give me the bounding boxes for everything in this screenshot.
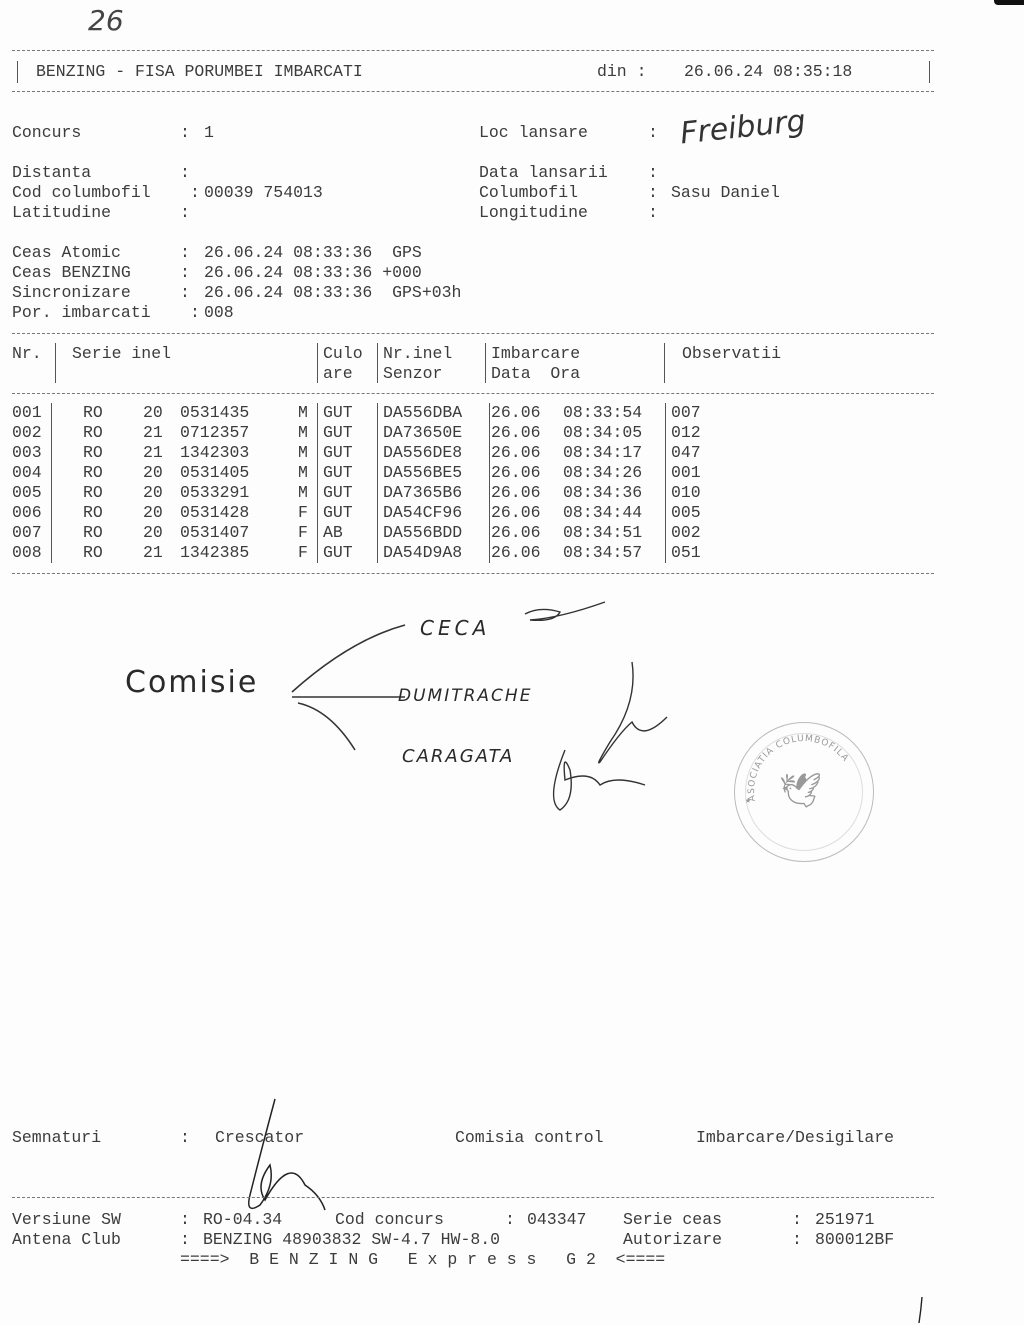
- cell-an: 21: [143, 443, 163, 463]
- longitudine-label: Longitudine: [479, 203, 588, 223]
- cell-nr: 001: [12, 403, 42, 423]
- cell-senzor: DA54CF96: [383, 503, 462, 523]
- cell-culoare: GUT: [323, 403, 353, 423]
- cod-concurs-colon: :: [505, 1210, 515, 1230]
- cell-culoare: GUT: [323, 443, 353, 463]
- body-sep-4: [489, 403, 490, 563]
- header-din-value: 26.06.24 08:35:18: [684, 62, 852, 82]
- ceas-atomic-value: 26.06.24 08:33:36 GPS: [204, 243, 422, 263]
- cell-sex: M: [298, 443, 308, 463]
- cell-ora: 08:34:36: [563, 483, 642, 503]
- concurs-colon: :: [180, 123, 190, 143]
- cell-an: 20: [143, 523, 163, 543]
- commission-member-1: CECA: [420, 616, 490, 640]
- columbofil-value: Sasu Daniel: [671, 183, 780, 203]
- commission-member-3: CARAGATA: [402, 746, 514, 767]
- col-header-culoare-1: Culo: [323, 344, 363, 364]
- cell-tara: RO: [83, 543, 103, 563]
- semnaturi-label: Semnaturi: [12, 1128, 101, 1148]
- cod-columbofil-label: Cod columbofil: [12, 183, 151, 203]
- header-sep-1: [55, 343, 56, 383]
- cell-senzor: DA556DE8: [383, 443, 462, 463]
- pigeon-icon: 🕊: [779, 771, 822, 813]
- handwritten-page-number: 26: [88, 4, 124, 37]
- loc-lansare-colon: :: [648, 123, 658, 143]
- svg-text:★: ★: [745, 796, 751, 807]
- autorizare-label: Autorizare: [623, 1230, 722, 1250]
- cell-ora: 08:34:57: [563, 543, 642, 563]
- autorizare-value: 800012BF: [815, 1230, 894, 1250]
- por-imbarcati-colon: :: [190, 303, 200, 323]
- cell-tara: RO: [83, 443, 103, 463]
- cell-observatii: 001: [671, 463, 701, 483]
- data-lansarii-label: Data lansarii: [479, 163, 608, 183]
- cell-sex: F: [298, 523, 308, 543]
- cell-tara: RO: [83, 423, 103, 443]
- table-header-rule: [12, 393, 934, 394]
- por-imbarcati-label: Por. imbarcati: [12, 303, 151, 323]
- cell-sex: M: [298, 423, 308, 443]
- body-sep-1: [51, 403, 52, 563]
- versiune-sw-colon: :: [180, 1210, 190, 1230]
- cell-nr: 008: [12, 543, 42, 563]
- longitudine-colon: :: [648, 203, 658, 223]
- cell-ora: 08:34:17: [563, 443, 642, 463]
- col-header-serie-inel: Serie inel: [72, 344, 171, 364]
- header-top-rule: [12, 50, 934, 51]
- cell-inel: 0531428: [180, 503, 249, 523]
- body-sep-3: [377, 403, 378, 563]
- header-din-label: din :: [597, 62, 647, 82]
- distanta-colon: :: [180, 163, 190, 183]
- distanta-label: Distanta: [12, 163, 91, 183]
- cell-senzor: DA556BDD: [383, 523, 462, 543]
- por-imbarcati-value: 008: [204, 303, 234, 323]
- handwritten-commission-label: Comisie: [125, 665, 258, 700]
- cell-nr: 005: [12, 483, 42, 503]
- cell-data: 26.06: [491, 423, 541, 443]
- cell-culoare: GUT: [323, 423, 353, 443]
- ceas-atomic-colon: :: [180, 243, 190, 263]
- cell-culoare: AB: [323, 523, 343, 543]
- ceas-benzing-colon: :: [180, 263, 190, 283]
- header-sep-2: [317, 343, 318, 383]
- header-right-bar: [929, 61, 930, 83]
- cell-sex: M: [298, 463, 308, 483]
- col-header-nr: Nr.: [12, 344, 42, 364]
- benzing-banner: ====> B E N Z I N G E x p r e s s G 2 <=…: [180, 1250, 665, 1270]
- cell-data: 26.06: [491, 543, 541, 563]
- ceas-benzing-value: 26.06.24 08:33:36 +000: [204, 263, 422, 283]
- header-sep-5: [664, 343, 665, 383]
- versiune-sw-value: RO-04.34: [203, 1210, 282, 1230]
- cell-ora: 08:34:05: [563, 423, 642, 443]
- club-stamp: ASOCIATIA COLUMBOFILA ★ 🕊: [734, 722, 874, 862]
- sincronizare-value: 26.06.24 08:33:36 GPS+03h: [204, 283, 461, 303]
- col-header-observatii: Observatii: [682, 344, 781, 364]
- cell-ora: 08:34:26: [563, 463, 642, 483]
- serie-ceas-colon: :: [792, 1210, 802, 1230]
- concurs-value: 1: [204, 123, 214, 143]
- cell-an: 20: [143, 403, 163, 423]
- cell-nr: 007: [12, 523, 42, 543]
- cell-observatii: 012: [671, 423, 701, 443]
- scan-corner-mark: [994, 0, 1024, 5]
- cell-tara: RO: [83, 403, 103, 423]
- latitudine-label: Latitudine: [12, 203, 111, 223]
- ceas-atomic-label: Ceas Atomic: [12, 243, 121, 263]
- cell-tara: RO: [83, 483, 103, 503]
- footer-top-rule: [12, 1197, 934, 1198]
- cell-inel: 0533291: [180, 483, 249, 503]
- col-header-nr-inel-2: Senzor: [383, 364, 442, 384]
- cell-senzor: DA54D9A8: [383, 543, 462, 563]
- cell-nr: 003: [12, 443, 42, 463]
- cell-culoare: GUT: [323, 463, 353, 483]
- cell-nr: 006: [12, 503, 42, 523]
- header-sep-4: [485, 343, 486, 383]
- imbarcare-desigilare-label: Imbarcare/Desigilare: [696, 1128, 894, 1148]
- cell-an: 21: [143, 543, 163, 563]
- cell-nr: 002: [12, 423, 42, 443]
- cell-tara: RO: [83, 463, 103, 483]
- cell-observatii: 047: [671, 443, 701, 463]
- cell-an: 20: [143, 503, 163, 523]
- cell-inel: 0531435: [180, 403, 249, 423]
- header-bottom-rule: [12, 91, 934, 92]
- cell-an: 20: [143, 463, 163, 483]
- col-header-nr-inel-1: Nr.inel: [383, 344, 452, 364]
- cell-an: 20: [143, 483, 163, 503]
- concurs-label: Concurs: [12, 123, 81, 143]
- col-header-imbarcare-1: Imbarcare: [491, 344, 580, 364]
- cod-concurs-value: 043347: [527, 1210, 586, 1230]
- cell-an: 21: [143, 423, 163, 443]
- cell-sex: M: [298, 403, 308, 423]
- cell-culoare: GUT: [323, 483, 353, 503]
- col-header-imbarcare-2: Data Ora: [491, 364, 580, 384]
- table-top-rule: [12, 333, 934, 334]
- cell-observatii: 051: [671, 543, 701, 563]
- cell-sex: F: [298, 543, 308, 563]
- cell-data: 26.06: [491, 463, 541, 483]
- cell-nr: 004: [12, 463, 42, 483]
- cell-ora: 08:34:51: [563, 523, 642, 543]
- antena-club-label: Antena Club: [12, 1230, 121, 1250]
- cell-data: 26.06: [491, 443, 541, 463]
- cell-tara: RO: [83, 523, 103, 543]
- cell-data: 26.06: [491, 523, 541, 543]
- ceas-benzing-label: Ceas BENZING: [12, 263, 131, 283]
- loc-lansare-handwritten-value: Freiburg: [679, 104, 808, 152]
- cell-data: 26.06: [491, 403, 541, 423]
- cod-columbofil-colon: :: [190, 183, 200, 203]
- cell-senzor: DA556DBA: [383, 403, 462, 423]
- document-title: BENZING - FISA PORUMBEI IMBARCATI: [36, 62, 363, 82]
- loc-lansare-label: Loc lansare: [479, 123, 588, 143]
- serie-ceas-value: 251971: [815, 1210, 874, 1230]
- commission-member-2: DUMITRACHE: [398, 686, 532, 706]
- cell-inel: 1342385: [180, 543, 249, 563]
- cell-ora: 08:34:44: [563, 503, 642, 523]
- antena-club-value: BENZING 48903832 SW-4.7 HW-8.0: [203, 1230, 500, 1250]
- serie-ceas-label: Serie ceas: [623, 1210, 722, 1230]
- cod-columbofil-value: 00039 754013: [204, 183, 323, 203]
- cell-senzor: DA7365B6: [383, 483, 462, 503]
- body-sep-2: [317, 403, 318, 563]
- cell-sex: F: [298, 503, 308, 523]
- cell-observatii: 010: [671, 483, 701, 503]
- cell-culoare: GUT: [323, 503, 353, 523]
- cell-observatii: 007: [671, 403, 701, 423]
- cell-senzor: DA556BE5: [383, 463, 462, 483]
- pen-stroke-mark: [910, 1295, 930, 1325]
- body-sep-5: [665, 403, 666, 563]
- columbofil-colon: :: [648, 183, 658, 203]
- columbofil-label: Columbofil: [479, 183, 578, 203]
- cell-data: 26.06: [491, 503, 541, 523]
- latitudine-colon: :: [180, 203, 190, 223]
- sincronizare-label: Sincronizare: [12, 283, 131, 303]
- cell-sex: M: [298, 483, 308, 503]
- header-sep-3: [377, 343, 378, 383]
- cell-ora: 08:33:54: [563, 403, 642, 423]
- sincronizare-colon: :: [180, 283, 190, 303]
- cell-senzor: DA73650E: [383, 423, 462, 443]
- versiune-sw-label: Versiune SW: [12, 1210, 121, 1230]
- cell-tara: RO: [83, 503, 103, 523]
- cell-inel: 0531407: [180, 523, 249, 543]
- cell-culoare: GUT: [323, 543, 353, 563]
- autorizare-colon: :: [792, 1230, 802, 1250]
- cell-data: 26.06: [491, 483, 541, 503]
- cell-inel: 0531405: [180, 463, 249, 483]
- cod-concurs-label: Cod concurs: [335, 1210, 444, 1230]
- data-lansarii-colon: :: [648, 163, 658, 183]
- table-bottom-rule: [12, 573, 934, 574]
- header-left-bar: [17, 61, 18, 83]
- comisia-control-label: Comisia control: [455, 1128, 604, 1148]
- cell-inel: 0712357: [180, 423, 249, 443]
- semnaturi-colon: :: [180, 1128, 190, 1148]
- col-header-culoare-2: are: [323, 364, 353, 384]
- cell-observatii: 005: [671, 503, 701, 523]
- cell-inel: 1342303: [180, 443, 249, 463]
- antena-club-colon: :: [180, 1230, 190, 1250]
- cell-observatii: 002: [671, 523, 701, 543]
